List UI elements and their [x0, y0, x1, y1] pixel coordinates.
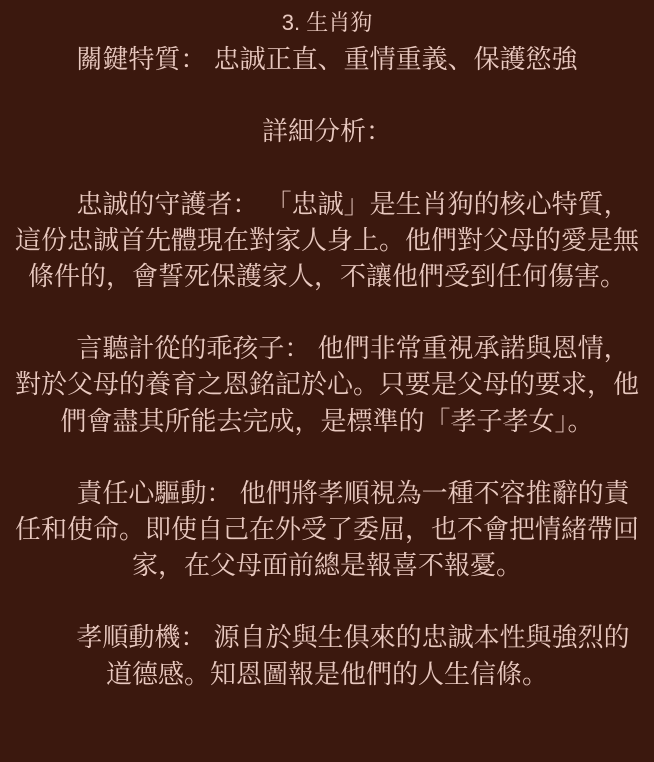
page-title: 3. 生肖狗 [13, 5, 641, 41]
zodiac-dog-text-page: 3. 生肖狗 關鍵特質： 忠誠正直、重情重義、保護慾強 詳細分析： 忠誠的守護者… [0, 0, 654, 762]
paragraph-filial-motivation: 孝順動機： 源自於與生俱來的忠誠本性與強烈的道德感。知恩圖報是他們的人生信條。 [13, 619, 641, 691]
section-heading-detailed-analysis: 詳細分析： [13, 113, 641, 149]
paragraph-loyal-guardian: 忠誠的守護者： 「忠誠」是生肖狗的核心特質，這份忠誠首先體現在對家人身上。他們對… [13, 186, 641, 295]
paragraph-responsibility-driven: 責任心驅動： 他們將孝順視為一種不容推辭的責任和使命。即使自己在外受了委屈，也不… [13, 475, 641, 584]
paragraph-obedient-child: 言聽計從的乖孩子： 他們非常重視承諾與恩情，對於父母的養育之恩銘記於心。只要是父… [13, 330, 641, 439]
key-traits-line: 關鍵特質： 忠誠正直、重情重義、保護慾強 [13, 41, 641, 77]
app-background: { "page": { "background_color": "#3b180e… [0, 0, 654, 762]
